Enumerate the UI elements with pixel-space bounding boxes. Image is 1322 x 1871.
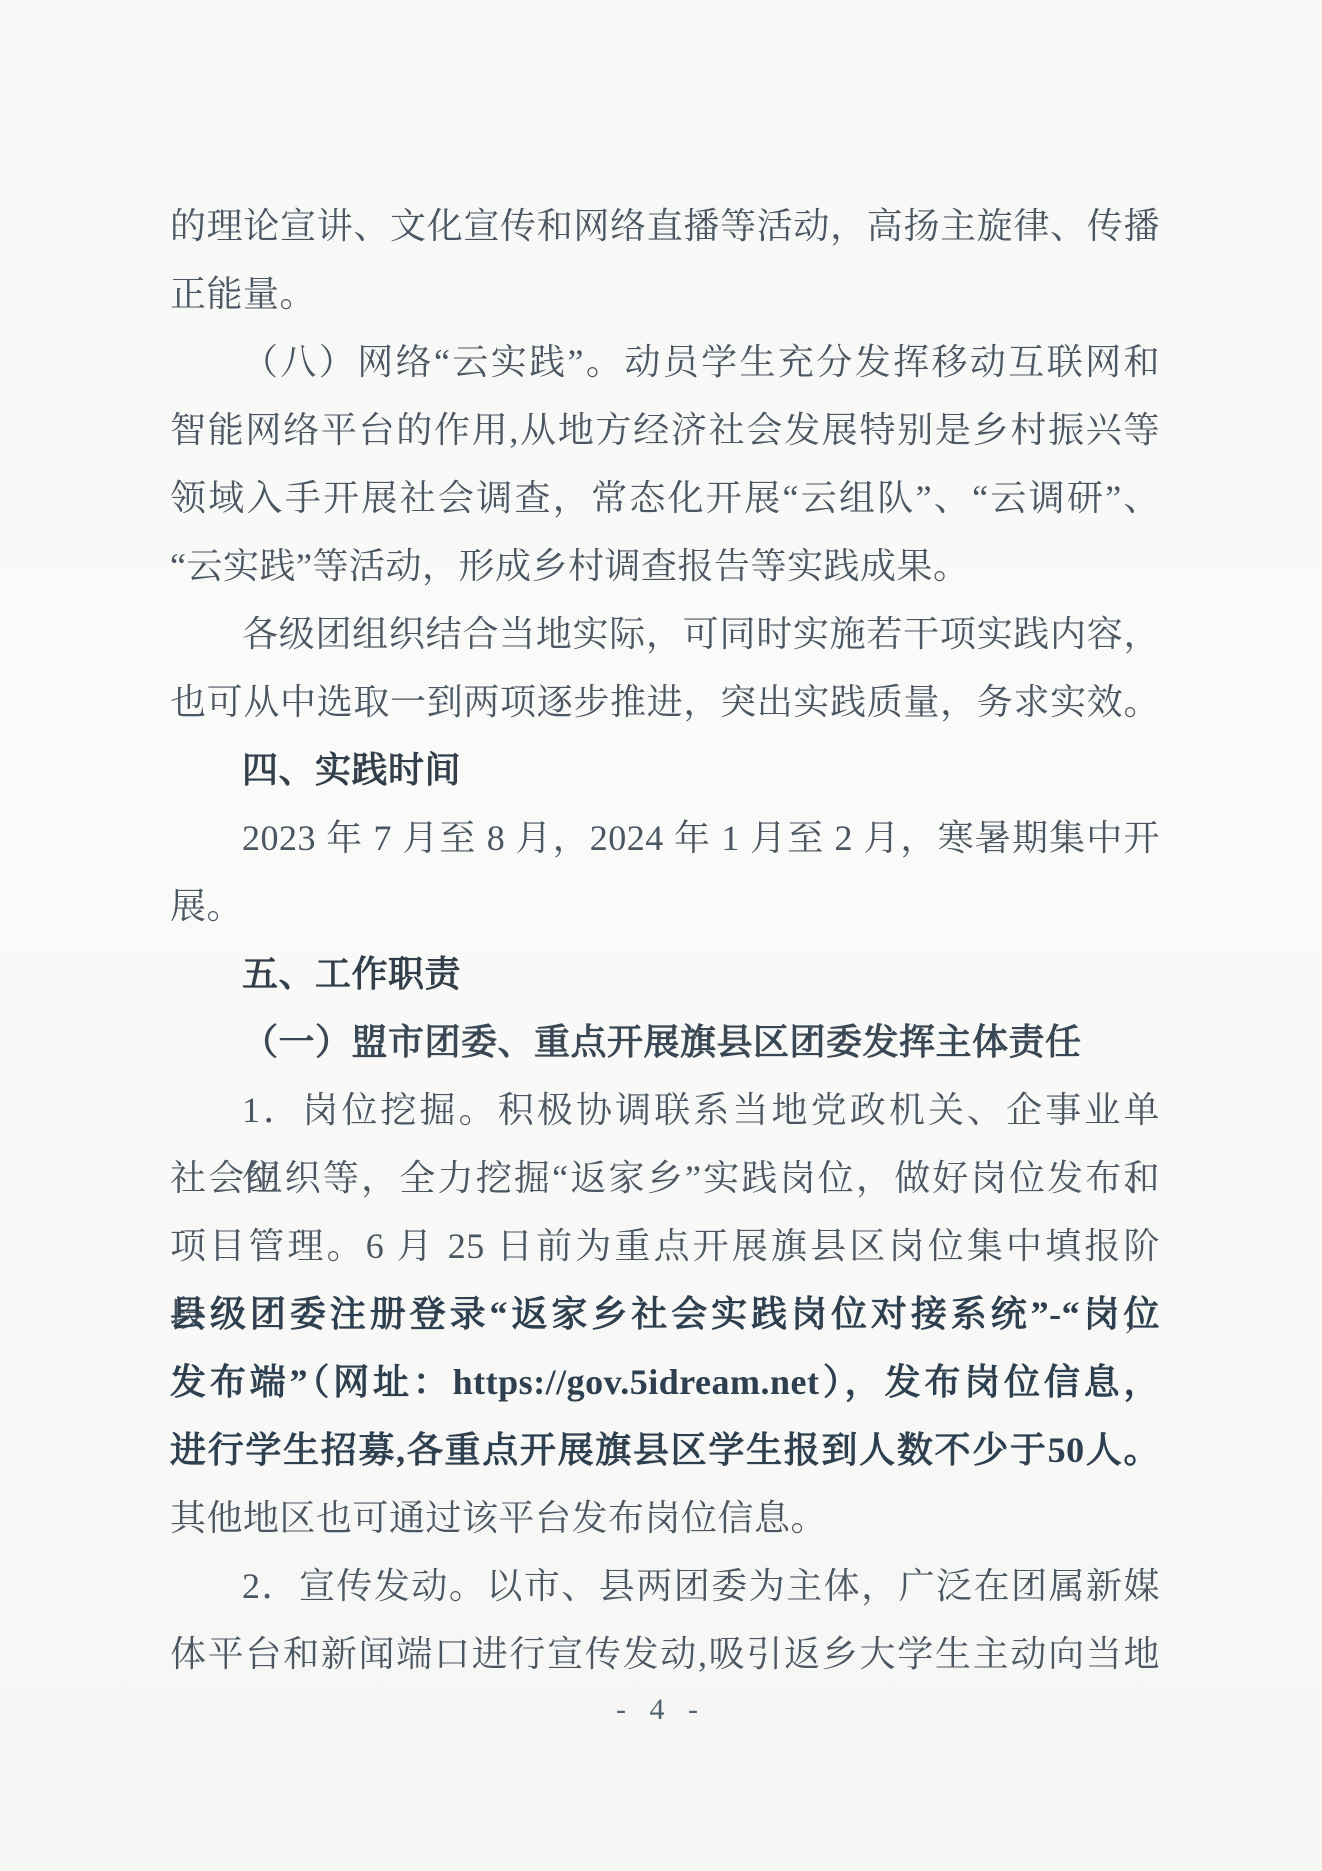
text-line: 2．宣传发动。以市、县两团委为主体，广泛在团属新媒: [170, 1552, 1160, 1620]
text-line: “云实践”等活动，形成乡村调查报告等实践成果。: [170, 532, 1160, 600]
text-line: （一）盟市团委、重点开展旗县区团委发挥主体责任: [170, 1008, 1160, 1076]
text-line: 各级团组织结合当地实际，可同时实施若干项实践内容，: [170, 600, 1160, 668]
text-line: 发布端”（网址：https://gov.5idream.net），发布岗位信息，: [170, 1348, 1160, 1416]
text-line: 进行学生招募,各重点开展旗县区学生报到人数不少于50人。: [170, 1416, 1160, 1484]
text-line: 展。: [170, 872, 1160, 940]
text-line: 项目管理。6 月 25 日前为重点开展旗县区岗位集中填报阶段，: [170, 1212, 1160, 1280]
text-line: 2023 年 7 月至 8 月，2024 年 1 月至 2 月，寒暑期集中开: [170, 804, 1160, 872]
text-line: 也可从中选取一到两项逐步推进，突出实践质量，务求实效。: [170, 668, 1160, 736]
text-line: 五、工作职责: [170, 940, 1160, 1008]
document-page: 的理论宣讲、文化宣传和网络直播等活动，高扬主旋律、传播正能量。（八）网络“云实践…: [0, 0, 1322, 1871]
text-line: 其他地区也可通过该平台发布岗位信息。: [170, 1484, 1160, 1552]
text-line: 县级团委注册登录“返家乡社会实践岗位对接系统”-“岗位: [170, 1280, 1160, 1348]
text-line: 正能量。: [170, 260, 1160, 328]
text-line: 体平台和新闻端口进行宣传发动,吸引返乡大学生主动向当地: [170, 1620, 1160, 1688]
text-line: 领域入手开展社会调查，常态化开展“云组队”、“云调研”、: [170, 464, 1160, 532]
text-line: 1．岗位挖掘。积极协调联系当地党政机关、企事业单位、: [170, 1076, 1160, 1144]
text-line: 的理论宣讲、文化宣传和网络直播等活动，高扬主旋律、传播: [170, 192, 1160, 260]
text-line: 社会组织等，全力挖掘“返家乡”实践岗位，做好岗位发布和: [170, 1144, 1160, 1212]
text-line: 智能网络平台的作用,从地方经济社会发展特别是乡村振兴等: [170, 396, 1160, 464]
document-body: 的理论宣讲、文化宣传和网络直播等活动，高扬主旋律、传播正能量。（八）网络“云实践…: [170, 192, 1160, 1688]
text-line: 四、实践时间: [170, 736, 1160, 804]
page-number: - 4 -: [0, 1693, 1322, 1727]
text-line: （八）网络“云实践”。动员学生充分发挥移动互联网和: [170, 328, 1160, 396]
